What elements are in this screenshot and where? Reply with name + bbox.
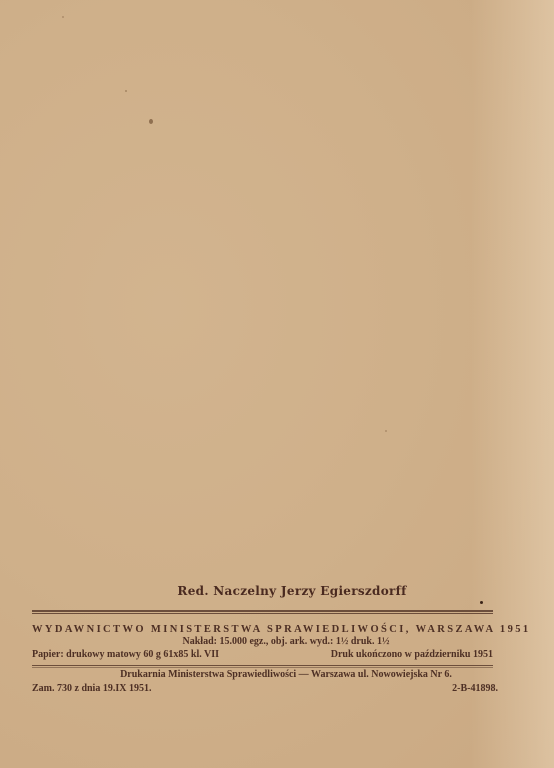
publisher-line: WYDAWNICTWO MINISTERSTWA SPRAWIEDLIWOŚCI… (32, 624, 493, 635)
order-number-line: Zam. 730 z dnia 19.IX 1951. (32, 683, 151, 694)
printing-house-line: Drukarnia Ministerstwa Sprawiedliwości —… (0, 669, 554, 680)
section-rule (32, 665, 493, 666)
document-page: Red. Naczelny Jerzy Egierszdorff WYDAWNI… (0, 0, 554, 768)
print-run-line: Nakład: 15.000 egz., obj. ark. wyd.: 1½ … (0, 636, 554, 647)
paper-speck (125, 90, 127, 92)
editor-in-chief: Red. Naczelny Jerzy Egierszdorff (0, 584, 554, 598)
section-rule-faint (32, 667, 493, 668)
paper-speck (385, 430, 387, 432)
paper-speck (62, 16, 64, 18)
print-completed-line: Druk ukończono w październiku 1951 (331, 649, 493, 660)
double-rule-bottom (32, 613, 493, 614)
ink-dot (480, 601, 483, 604)
catalog-code: 2-B-41898. (452, 683, 498, 694)
double-rule-top (32, 610, 493, 612)
paper-spec-line: Papier: drukowy matowy 60 g 61x85 kl. VI… (32, 649, 219, 660)
paper-speck (149, 119, 153, 124)
